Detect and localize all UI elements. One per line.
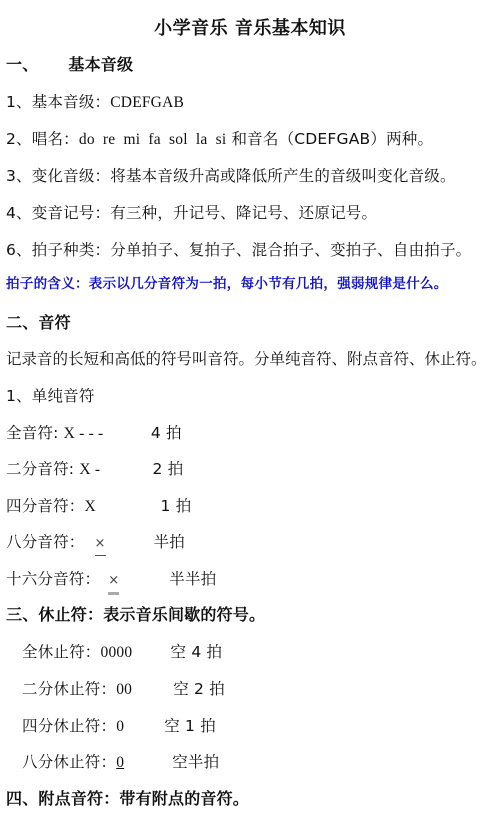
page-title: 小学音乐 音乐基本知识 <box>0 17 500 41</box>
rest-row-whole: 全休止符：0000空 4 拍 <box>22 642 222 663</box>
item-suffix: 和音名（CDEFGAB）两种。 <box>226 130 433 148</box>
section-1-item-4: 4、变音记号：有三种，升记号、降记号、还原记号。 <box>6 203 377 223</box>
section-1-item-2: 2、唱名：do re mi fa sol la si 和音名（CDEFGAB）两… <box>6 129 433 150</box>
item-label: 3、变化音级： <box>6 167 110 185</box>
rest-row-eighth: 八分休止符：0空半拍 <box>22 752 219 773</box>
note-name: 八分音符： <box>6 533 85 551</box>
note-row-half: 二分音符: X - 2 拍 <box>6 459 183 480</box>
section-1-number: 一、 <box>6 55 38 74</box>
section-1-item-6: 6、拍子种类：分单拍子、复拍子、混合拍子、变拍子、自由拍子。 <box>6 240 471 260</box>
rest-name: 二分休止符： <box>22 680 116 698</box>
note-name: 四分音符： <box>6 497 85 515</box>
item-label: 4、变音记号： <box>6 204 110 222</box>
note-symbol: X - <box>79 460 147 480</box>
note-beats: 1 拍 <box>161 497 192 515</box>
beat-meaning-note: 拍子的含义：表示以几分音符为一拍，每小节有几拍，强弱规律是什么。 <box>6 274 448 294</box>
note-beats: 2 拍 <box>153 460 184 478</box>
section-1-item-1: 1、基本音级：CDEFGAB <box>6 92 184 113</box>
section-3-heading: 三、休止符：表示音乐间歇的符号。 <box>6 605 265 625</box>
note-name: 十六分音符： <box>6 570 100 588</box>
note-beats: 半拍 <box>154 533 185 551</box>
rest-symbol: 0 <box>116 717 164 737</box>
item-value: 将基本音级升高或降低所产生的音级叫变化音级。 <box>110 167 455 185</box>
section-1-item-3: 3、变化音级：将基本音级升高或降低所产生的音级叫变化音级。 <box>6 166 456 186</box>
note-symbol: X - - - <box>64 424 146 444</box>
section-1-title: 基本音级 <box>68 55 133 74</box>
note-row-quarter: 四分音符：X1 拍 <box>6 496 191 517</box>
rest-symbol: 00 <box>116 680 173 700</box>
note-row-whole: 全音符: X - - - 4 拍 <box>6 423 182 444</box>
note-name: 全音符: <box>6 424 59 442</box>
item-label: 2、唱名： <box>6 130 79 148</box>
item-value: CDEFGAB <box>110 94 184 111</box>
section-4-heading: 四、附点音符：带有附点的音符。 <box>6 789 249 809</box>
note-symbol: X <box>85 497 161 517</box>
rest-beats: 空 4 拍 <box>171 643 223 661</box>
rest-name: 八分休止符： <box>22 753 116 771</box>
rest-beats: 空半拍 <box>172 753 219 771</box>
item-value: 分单拍子、复拍子、混合拍子、变拍子、自由拍子。 <box>110 241 471 259</box>
rest-row-half: 二分休止符：00空 2 拍 <box>22 679 225 700</box>
item-value: do re mi fa sol la si <box>79 131 226 148</box>
item-label: 6、拍子种类： <box>6 241 110 259</box>
rest-symbol-wrap: 0 <box>116 753 172 773</box>
rest-beats: 空 2 拍 <box>173 680 225 698</box>
item-label: 1、基本音级： <box>6 93 110 111</box>
note-row-eighth: 八分音符：×半拍 <box>6 532 185 554</box>
item-value: 有三种，升记号、降记号、还原记号。 <box>110 204 377 222</box>
section-2-heading: 二、音符 <box>6 313 71 333</box>
rest-name: 全休止符： <box>22 643 101 661</box>
section-2-intro: 记录音的长短和高低的符号叫音符。分单纯音符、附点音符、休止符。 <box>6 349 487 369</box>
note-beats: 4 拍 <box>151 424 182 442</box>
rest-name: 四分休止符： <box>22 717 116 735</box>
note-beats: 半半拍 <box>169 570 216 588</box>
rest-symbol: 0 <box>116 754 124 771</box>
section-2-subheading: 1、单纯音符 <box>6 386 95 406</box>
note-symbol: × <box>95 534 106 554</box>
rest-symbol: 0000 <box>101 643 171 663</box>
rest-beats: 空 1 拍 <box>164 717 216 735</box>
rest-row-quarter: 四分休止符：0空 1 拍 <box>22 716 216 737</box>
note-symbol: × <box>108 571 119 591</box>
note-name: 二分音符: <box>6 460 74 478</box>
note-row-sixteenth: 十六分音符：×半半拍 <box>6 569 216 591</box>
section-1-heading: 一、基本音级 <box>6 55 133 75</box>
